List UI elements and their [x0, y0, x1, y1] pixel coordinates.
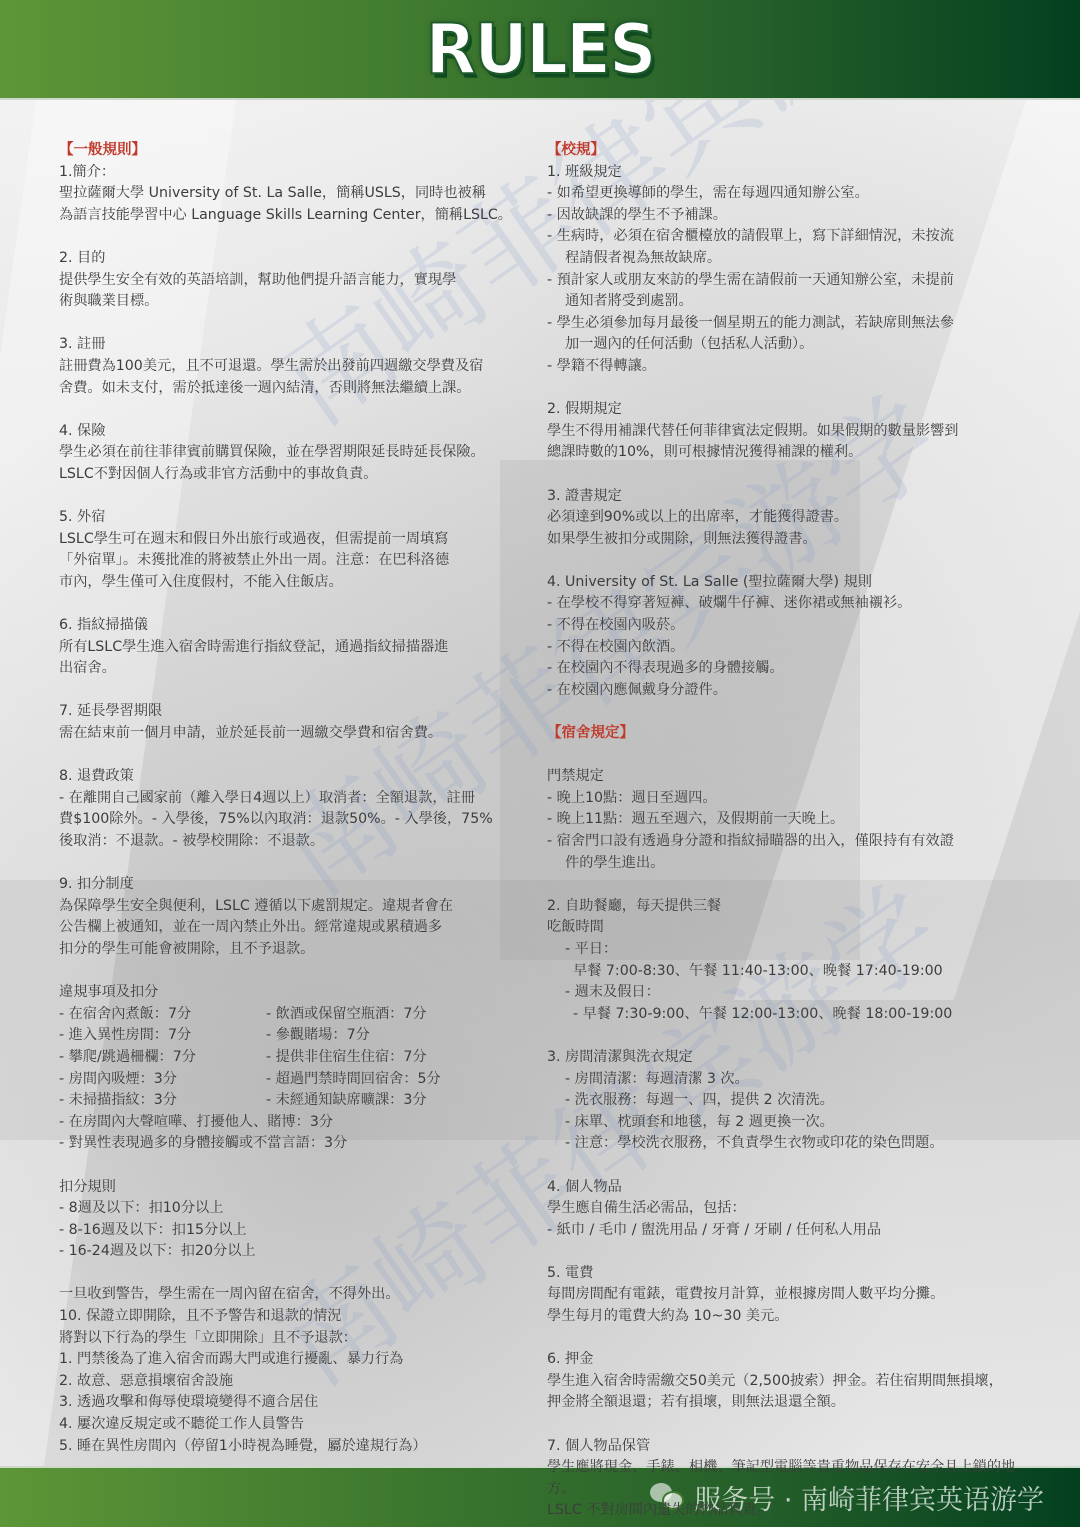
rule-heading: 9. 扣分制度	[59, 874, 529, 896]
rule-text: 費$100除外。- 入學後，75%以內取消：退款50%。- 入學後，75%	[59, 809, 529, 831]
rule-text: 所有LSLC學生進入宿舍時需進行指紋登記，通過指紋掃描器進	[59, 637, 529, 659]
rule-text: 程請假者視為無故缺席。	[547, 248, 1047, 270]
rule-text: 術與職業目標。	[59, 291, 529, 313]
rule-heading: 2. 假期規定	[547, 399, 1047, 421]
rule-text: - 注意：學校洗衣服務，不負責學生衣物或印花的染色問題。	[547, 1133, 1047, 1155]
rule-text: - 預計家人或朋友來訪的學生需在請假前一天通知辦公室，未提前	[547, 270, 1047, 292]
rule-insurance: 4. 保險 學生必須在前往菲律賓前購買保險，並在學習期限延長時延長保險。 LSL…	[59, 421, 529, 486]
rule-text: 押金將全額退還；若有損壞，則無法退還全額。	[547, 1392, 1047, 1414]
violation-item: - 在宿舍內煮飯：7分	[59, 1004, 266, 1026]
rule-text: 市內，學生僅可入住度假村，不能入住飯店。	[59, 572, 529, 594]
rule-refund: 8. 退費政策 - 在離開自己國家前（離入學日4週以上）取消者：全額退款，註冊 …	[59, 766, 529, 852]
rule-text: 每間房間配有電錶，電費按月計算，並根據房間人數平均分攤。	[547, 1284, 1047, 1306]
deduction-heading: 扣分規則	[59, 1177, 529, 1199]
rule-intro: 1.簡介： 聖拉薩爾大學 University of St. La Salle，…	[59, 162, 529, 227]
rule-text: 學生應將現金、手錶、相機、筆記型電腦等貴重物品保存在安全且上鎖的地	[547, 1457, 1047, 1479]
violation-item: - 房間內吸煙：3分	[59, 1069, 266, 1091]
class-rules: 1. 班級規定 - 如希望更換導師的學生，需在每週四通知辦公室。 - 因故缺課的…	[547, 162, 1047, 378]
rule-text: - 床單、枕頭套和地毯，每 2 週更換一次。	[547, 1112, 1047, 1134]
rule-text: - 房間清潔：每週清潔 3 次。	[547, 1069, 1047, 1091]
rule-text: 聖拉薩爾大學 University of St. La Salle，簡稱USLS…	[59, 183, 529, 205]
rule-overnight: 5. 外宿 LSLC學生可在週末和假日外出旅行或過夜，但需提前一周填寫 「外宿單…	[59, 507, 529, 593]
weekday-meal-times: 早餐 7:00-8:30、午餐 11:40-13:00、晚餐 17:40-19:…	[547, 961, 1047, 983]
personal-items-rules: 4. 個人物品 學生應自備生活必需品，包括： - 紙巾 / 毛巾 / 盥洗用品 …	[547, 1177, 1047, 1242]
general-rules-column: 【一般規則】 1.簡介： 聖拉薩爾大學 University of St. La…	[59, 140, 529, 1457]
weekend-label: - 週末及假日：	[547, 982, 1047, 1004]
rule-text: - 如希望更換導師的學生，需在每週四通知辦公室。	[547, 183, 1047, 205]
rule-heading: 6. 指紋掃描儀	[59, 615, 529, 637]
rule-fingerprint: 6. 指紋掃描儀 所有LSLC學生進入宿舍時需進行指紋登記，通過指紋掃描器進 出…	[59, 615, 529, 680]
expulsion-item: 4. 屢次違反規定或不聽從工作人員警告	[59, 1414, 529, 1436]
rule-text: 學生不得用補課代替任何菲律賓法定假期。如果假期的數量影響到	[547, 421, 1047, 443]
rule-text: - 在校園內不得表現過多的身體接觸。	[547, 658, 1047, 680]
rule-heading: 1.簡介：	[59, 162, 529, 184]
cleaning-rules: 3. 房間清潔與洗衣規定 - 房間清潔：每週清潔 3 次。 - 洗衣服務：每週一…	[547, 1047, 1047, 1155]
rule-text: LSLC不對因個人行為或非官方活動中的事故負責。	[59, 464, 529, 486]
violation-item: - 參觀賭場：7分	[266, 1025, 526, 1047]
rule-text: 需在結束前一個月申請，並於延長前一週繳交學費和宿舍費。	[59, 723, 529, 745]
expulsion-heading: 10. 保證立即開除，且不予警告和退款的情況	[59, 1306, 529, 1328]
warning-note: 一旦收到警告，學生需在一周內留在宿舍，不得外出。	[59, 1284, 529, 1306]
weekday-label: - 平日：	[547, 939, 1047, 961]
rule-heading: 4. University of St. La Salle (聖拉薩爾大學) 規…	[547, 572, 1047, 594]
violation-item: - 超過門禁時間回宿舍：5分	[266, 1069, 526, 1091]
rule-text: - 不得在校園內吸菸。	[547, 615, 1047, 637]
rule-heading: 3. 註冊	[59, 334, 529, 356]
expulsion-intro: 將對以下行為的學生「立即開除」且不予退款：	[59, 1328, 529, 1350]
violation-item: - 未經通知缺席曠課：3分	[266, 1090, 526, 1112]
rule-text: - 在離開自己國家前（離入學日4週以上）取消者：全額退款，註冊	[59, 788, 529, 810]
rule-heading: 7. 個人物品保管	[547, 1436, 1047, 1458]
rule-text: - 在校園內應佩戴身分證件。	[547, 680, 1047, 702]
violation-item: - 飲酒或保留空瓶酒：7分	[266, 1004, 526, 1026]
weekend-meal-times: - 早餐 7:30-9:00、午餐 12:00-13:00、晚餐 18:00-1…	[547, 1004, 1047, 1026]
rule-heading: 8. 退費政策	[59, 766, 529, 788]
rule-heading: 4. 保險	[59, 421, 529, 443]
rule-text: 學生必須在前往菲律賓前購買保險，並在學習期限延長時延長保險。	[59, 442, 529, 464]
violations-heading: 違規事項及扣分	[59, 982, 529, 1004]
rule-text: 為保障學生安全與便利，LSLC 遵循以下處罰規定。違規者會在	[59, 896, 529, 918]
rule-heading: 6. 押金	[547, 1349, 1047, 1371]
rule-registration: 3. 註冊 註冊費為100美元，且不可退還。學生需於出發前四週繳交學費及宿 舍費…	[59, 334, 529, 399]
rule-text: - 生病時，必須在宿舍櫃檯放的請假單上，寫下詳細情況，未按流	[547, 226, 1047, 248]
rule-text: 方。	[547, 1479, 1047, 1501]
rule-heading: 5. 電費	[547, 1263, 1047, 1285]
rule-text: 件的學生進出。	[547, 853, 1047, 875]
rule-text: 提供學生安全有效的英語培訓，幫助他們提升語言能力，實現學	[59, 270, 529, 292]
holiday-rules: 2. 假期規定 學生不得用補課代替任何菲律賓法定假期。如果假期的數量影響到 總課…	[547, 399, 1047, 464]
section-title-school: 【校規】	[547, 140, 1047, 162]
expulsion-item: 1. 門禁後為了進入宿舍而踢大門或進行擾亂、暴力行為	[59, 1349, 529, 1371]
rule-demerit-system: 9. 扣分制度 為保障學生安全與便利，LSLC 遵循以下處罰規定。違規者會在 公…	[59, 874, 529, 960]
violation-item: - 在房間內大聲喧嘩、打擾他人、賭博：3分	[59, 1112, 529, 1134]
rule-text: 註冊費為100美元，且不可退還。學生需於出發前四週繳交學費及宿	[59, 356, 529, 378]
rule-text: 公告欄上被通知，並在一周內禁止外出。經常違規或累積過多	[59, 917, 529, 939]
expulsion-item: 2. 故意、惡意損壞宿舍設施	[59, 1371, 529, 1393]
school-dorm-rules-column: 【校規】 1. 班級規定 - 如希望更換導師的學生，需在每週四通知辦公室。 - …	[547, 140, 1047, 1522]
rule-heading: 2. 目的	[59, 248, 529, 270]
electricity-rules: 5. 電費 每間房間配有電錶，電費按月計算，並根據房間人數平均分攤。 學生每月的…	[547, 1263, 1047, 1328]
rule-text: - 不得在校園內飲酒。	[547, 637, 1047, 659]
rule-text: - 洗衣服務：每週一、四，提供 2 次清洗。	[547, 1090, 1047, 1112]
rule-text: - 紙巾 / 毛巾 / 盥洗用品 / 牙膏 / 牙刷 / 任何私人用品	[547, 1220, 1047, 1242]
rule-text: - 晚上11點：週五至週六，及假期前一天晚上。	[547, 809, 1047, 831]
expulsion-item: 5. 睡在異性房間內（停留1小時視為睡覺，屬於違規行為）	[59, 1436, 529, 1458]
violation-item: - 攀爬/跳過柵欄：7分	[59, 1047, 266, 1069]
rule-text: - 學生必須參加每月最後一個星期五的能力測試，若缺席則無法參	[547, 313, 1047, 335]
rule-text: LSLC學生可在週末和假日外出旅行或過夜，但需提前一周填寫	[59, 529, 529, 551]
rule-text: 「外宿單」。未獲批准的將被禁止外出一周。注意：在巴科洛德	[59, 550, 529, 572]
rule-text: 總課時數的10%，則可根據情況獲得補課的權利。	[547, 442, 1047, 464]
deduction-item: - 8週及以下：扣10分以上	[59, 1198, 529, 1220]
violation-item: - 提供非住宿生住宿：7分	[266, 1047, 526, 1069]
rule-text: - 在學校不得穿著短褲、破爛牛仔褲、迷你裙或無袖襯衫。	[547, 593, 1047, 615]
section-title-dorm: 【宿舍規定】	[547, 723, 1047, 745]
violation-item: - 對異性表現過多的身體接觸或不當言語：3分	[59, 1133, 529, 1155]
rule-heading: 5. 外宿	[59, 507, 529, 529]
deduction-item: - 16-24週及以下：扣20分以上	[59, 1241, 529, 1263]
rule-purpose: 2. 目的 提供學生安全有效的英語培訓，幫助他們提升語言能力，實現學 術與職業目…	[59, 248, 529, 313]
rule-text: LSLC 不對房間內遺失的物品負責。	[547, 1500, 1047, 1522]
cafeteria-rules: 2. 自助餐廳，每天提供三餐 吃飯時間 - 平日： 早餐 7:00-8:30、午…	[547, 896, 1047, 1026]
rule-text: - 因故缺課的學生不予補課。	[547, 205, 1047, 227]
expulsion-rules: 一旦收到警告，學生需在一周內留在宿舍，不得外出。 10. 保證立即開除，且不予警…	[59, 1284, 529, 1457]
rule-heading: 門禁規定	[547, 766, 1047, 788]
rule-text: - 晚上10點：週日至週四。	[547, 788, 1047, 810]
rule-text: 加一週內的任何活動（包括私人活動）。	[547, 334, 1047, 356]
rule-text: 必須達到90%或以上的出席率，才能獲得證書。	[547, 507, 1047, 529]
deposit-rules: 6. 押金 學生進入宿舍時需繳交50美元（2,500披索）押金。若住宿期間無損壞…	[547, 1349, 1047, 1414]
rule-text: 為語言技能學習中心 Language Skills Learning Cente…	[59, 205, 529, 227]
rule-heading: 3. 證書規定	[547, 486, 1047, 508]
rule-text: - 學籍不得轉讓。	[547, 356, 1047, 378]
usls-rules: 4. University of St. La Salle (聖拉薩爾大學) 規…	[547, 572, 1047, 702]
rule-heading: 1. 班級規定	[547, 162, 1047, 184]
deduction-rules: 扣分規則 - 8週及以下：扣10分以上 - 8-16週及以下：扣15分以上 - …	[59, 1177, 529, 1263]
section-title-general: 【一般規則】	[59, 140, 529, 162]
rule-text: 後取消：不退款。- 被學校開除：不退款。	[59, 831, 529, 853]
rule-text: 學生進入宿舍時需繳交50美元（2,500披索）押金。若住宿期間無損壞，	[547, 1371, 1047, 1393]
rule-text: 出宿舍。	[59, 658, 529, 680]
certificate-rules: 3. 證書規定 必須達到90%或以上的出席率，才能獲得證書。 如果學生被扣分或開…	[547, 486, 1047, 551]
meal-time-heading: 吃飯時間	[547, 917, 1047, 939]
deduction-item: - 8-16週及以下：扣15分以上	[59, 1220, 529, 1242]
expulsion-item: 3. 透過攻擊和侮辱使環境變得不適合居住	[59, 1392, 529, 1414]
rule-text: 扣分的學生可能會被開除，且不予退款。	[59, 939, 529, 961]
rule-heading: 3. 房間清潔與洗衣規定	[547, 1047, 1047, 1069]
rule-heading: 7. 延長學習期限	[59, 701, 529, 723]
page-title: RULES	[425, 9, 654, 90]
rule-heading: 2. 自助餐廳，每天提供三餐	[547, 896, 1047, 918]
rule-text: - 宿舍門口設有透過身分證和指紋掃瞄器的出入，僅限持有有效證	[547, 831, 1047, 853]
rule-heading: 4. 個人物品	[547, 1177, 1047, 1199]
rule-text: 學生應自備生活必需品，包括：	[547, 1198, 1047, 1220]
curfew-rules: 門禁規定 - 晚上10點：週日至週四。 - 晚上11點：週五至週六，及假期前一天…	[547, 766, 1047, 874]
rule-text: 舍費。如未支付，需於抵達後一週內結清，否則將無法繼續上課。	[59, 378, 529, 400]
rule-extension: 7. 延長學習期限 需在結束前一個月申請，並於延長前一週繳交學費和宿舍費。	[59, 701, 529, 744]
rule-text: 如果學生被扣分或開除，則無法獲得證書。	[547, 529, 1047, 551]
storage-rules: 7. 個人物品保管 學生應將現金、手錶、相機、筆記型電腦等貴重物品保存在安全且上…	[547, 1436, 1047, 1522]
rule-text: 學生每月的電費大約為 10~30 美元。	[547, 1306, 1047, 1328]
rule-text: 通知者將受到處罰。	[547, 291, 1047, 313]
header-banner: RULES	[0, 0, 1080, 100]
violation-item: - 未掃描指紋：3分	[59, 1090, 266, 1112]
violations-grid: - 在宿舍內煮飯：7分 - 飲酒或保留空瓶酒：7分 - 進入異性房間：7分 - …	[59, 1004, 529, 1112]
violation-item: - 進入異性房間：7分	[59, 1025, 266, 1047]
violations-list: 違規事項及扣分 - 在宿舍內煮飯：7分 - 飲酒或保留空瓶酒：7分 - 進入異性…	[59, 982, 529, 1155]
